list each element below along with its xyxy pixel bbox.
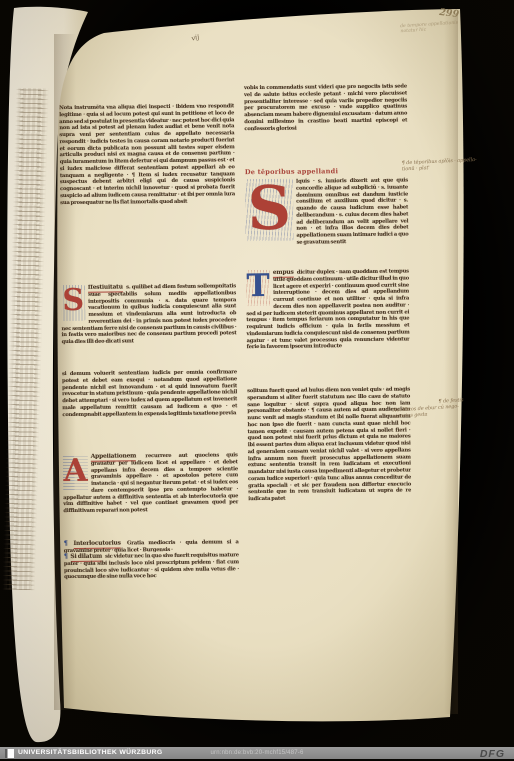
body-text: Nota instrumēta vna aliqua diei inspecti… (59, 103, 235, 205)
left-column-paragraph-1: Nota instrumēta vna aliqua diei inspecti… (59, 103, 236, 284)
right-column-paragraph-1: vobis in commendatis sunt videri que pre… (244, 83, 408, 167)
library-logo-icon (5, 749, 14, 758)
quire-mark: vij (191, 33, 201, 43)
right-column-paragraph-3: T empus dicitur duplex · nam quoddam est… (246, 268, 410, 387)
right-column-paragraph-4: solitum fuerit quod ad huius diem non ve… (247, 386, 412, 582)
pilcrow-icon: ¶ (64, 539, 68, 547)
initial-t-blue: T (246, 270, 270, 306)
initial-a-red-blue: A (63, 454, 88, 492)
right-column-paragraph-2: S Iquis · s. iunioris dixerit aut que qu… (245, 177, 409, 269)
manuscript-photo: 299 de tempore appellationis notatur hic… (0, 0, 514, 761)
library-name: UNIVERSITÄTSBIBLIOTHEK WÜRZBURG (18, 749, 163, 756)
dfg-logo: DFG (480, 748, 505, 760)
initial-s-red: S (61, 285, 85, 321)
pilcrow-icon: ¶ (64, 552, 68, 560)
rubric-heading: De tēporibus appellandi (245, 166, 408, 178)
body-text: dicitur duplex · nam quoddam est tempus … (246, 268, 409, 350)
initial-s-large-red: S (245, 179, 294, 241)
viewer-footer: UNIVERSITÄTSBIBLIOTHEK WÜRZBURG urn:nbn:… (0, 747, 514, 759)
urn-identifier: urn:nbn:de:bvb:20-mchf15/487-6 (210, 750, 303, 756)
body-text: solitum fuerit quod ad huius diem non ve… (247, 386, 411, 502)
left-column-paragraph-2: S ffestiuitatū s. quilibet ad diem festu… (61, 283, 237, 370)
left-column-paragraph-3: si demum voluerit sententiam iudicis per… (62, 369, 238, 453)
marginal-note-top: ¶ de tēporibus aplōis · appella- tionū ·… (402, 156, 508, 173)
left-column-paragraph-6: ¶ Si dilatum sic videtur nec in quo sive… (64, 551, 239, 580)
body-text: s. quilibet ad diem festum sollempnitati… (61, 283, 236, 345)
left-column-paragraph-4: A Appellationem recurrere aut quociens q… (63, 452, 239, 539)
header-annotation: de tempore appellationis notatur hic (400, 20, 467, 35)
folio-number: 299 (439, 7, 460, 20)
body-text: si demum voluerit sententiam iudicis per… (62, 369, 237, 417)
body-text: vobis in commendatis sunt videri que pre… (244, 83, 407, 131)
manuscript-page: 299 de tempore appellationis notatur hic… (0, 0, 514, 761)
body-text: Iquis · s. iunioris dixerit aut que quis… (296, 177, 409, 245)
body-text: recurrere aut quociens quis grauatur per… (63, 452, 238, 514)
